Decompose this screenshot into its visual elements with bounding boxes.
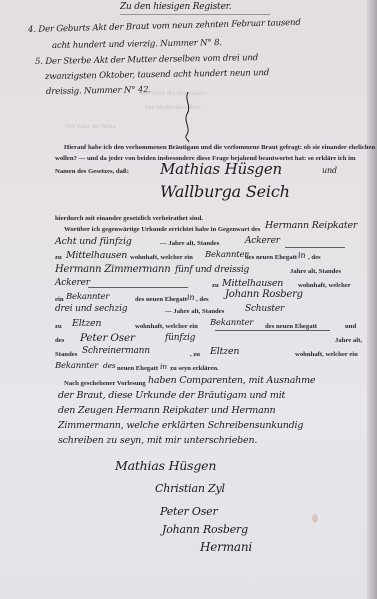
witness3-status: Schuster bbox=[245, 304, 284, 314]
witness2-residence: Mittelhausen bbox=[222, 278, 283, 289]
witness1-name: Hermann Reipkater bbox=[265, 220, 357, 231]
printed-years2: Jahre alt, Standes bbox=[290, 268, 341, 275]
page-edge-shadow bbox=[367, 0, 377, 599]
witness3-age: drei und sechzig bbox=[55, 304, 127, 314]
printed-des2: , des bbox=[196, 296, 209, 303]
printed-p4-line1: Nach geschehener Vorlesung bbox=[64, 380, 146, 387]
printed-des-neuen2: des neuen Ehegatt bbox=[135, 296, 187, 303]
printed-des3: des bbox=[55, 337, 64, 344]
groom-name: Mathias Hüsgen bbox=[160, 160, 282, 178]
printed-final: neuen Ehegatt bbox=[117, 365, 158, 372]
status2-underline bbox=[88, 287, 188, 288]
closing-line5: schreiben zu seyn, mit mir unterschriebe… bbox=[58, 435, 257, 446]
squiggle-mark bbox=[180, 92, 196, 142]
printed-des1: , des bbox=[308, 254, 321, 261]
printed-wohnhaft4: wohnhaft, welcher ein bbox=[295, 351, 358, 358]
printed-wohnhaft2: wohnhaft, welcher bbox=[298, 282, 351, 289]
witness4-suffix2: in bbox=[160, 362, 167, 371]
witness4-residence: Eltzen bbox=[210, 346, 239, 357]
witness3-relation: Bekannter bbox=[210, 318, 253, 328]
printed-p3-line1: Worüber ich gegenwärtige Urkunde erricht… bbox=[64, 226, 260, 233]
margin-note-5-line2: zwanzigsten Oktober, tausend acht hunder… bbox=[45, 68, 269, 82]
margin-note-4-line1: 4. Der Geburts Akt der Braut vom neun ze… bbox=[28, 18, 301, 35]
witness1-relation: Bekannter bbox=[205, 250, 248, 260]
witness2-relation: Bekannter bbox=[66, 292, 109, 302]
printed-years3: — Jahre alt, Standes bbox=[165, 308, 224, 315]
witness4-relation: Bekannter bbox=[55, 361, 98, 371]
printed-standes: Standes bbox=[55, 351, 77, 358]
witness2-age: fünf und dreissig bbox=[175, 265, 249, 275]
printed-zu2: zu bbox=[212, 282, 219, 289]
margin-note-5-line3: dreissig. Nummer N° 42. bbox=[46, 85, 151, 97]
witness1-age: Acht und fünfzig bbox=[55, 236, 132, 247]
und-connector: und bbox=[322, 166, 337, 175]
margin-note-5-line1: 5. Der Sterbe Akt der Mutter derselben v… bbox=[35, 53, 258, 67]
witness4-suffix1: des bbox=[103, 361, 116, 370]
printed-final2: zu seyn erklären. bbox=[170, 365, 219, 372]
closing-line2: der Braut, diese Urkunde der Bräutigam u… bbox=[58, 390, 285, 401]
witness2-status: Ackerer bbox=[55, 278, 90, 288]
witness1-suffix: in bbox=[298, 251, 305, 260]
status1-underline bbox=[285, 247, 345, 248]
printed-p1-line1: Hierauf habe ich den verhommenen Bräutig… bbox=[64, 144, 375, 151]
witness4-status: Schreinermann bbox=[82, 346, 150, 356]
bleedthrough-line-1: Der Vater des Bräutigams bbox=[140, 90, 207, 97]
witness4-name: Peter Oser bbox=[80, 332, 135, 344]
witness1-residence: Mittelhausen bbox=[66, 250, 127, 261]
margin-heading: Zu den hiesigen Register. bbox=[120, 2, 231, 12]
closing-line3: den Zeugen Hermann Reipkater und Hermann bbox=[58, 405, 275, 416]
printed-des-neuen3: des neuen Ehegatt bbox=[265, 323, 317, 330]
printed-wohnhaft1: wohnhaft, welcher ein bbox=[130, 254, 193, 261]
witness3-residence: Eltzen bbox=[72, 318, 101, 329]
bleedthrough-line-3: Der Vater der Braut bbox=[65, 123, 116, 130]
document-page: Zu den hiesigen Register. 4. Der Geburts… bbox=[0, 0, 377, 599]
signature-5: Hermani bbox=[200, 540, 252, 554]
printed-ein: ein bbox=[55, 296, 64, 303]
printed-p2-line1: hierdurch mit einander gesetzlich verhei… bbox=[55, 215, 203, 222]
witness2-name: Hermann Zimmermann bbox=[55, 264, 170, 275]
printed-p1-line3: Namen des Gesetzes, daß: bbox=[55, 168, 129, 175]
printed-years1: — Jahre alt, Standes bbox=[160, 240, 219, 247]
witness4-age: fünfzig bbox=[165, 333, 195, 343]
printed-zu3: zu bbox=[55, 323, 62, 330]
printed-zu1: zu bbox=[55, 254, 62, 261]
closing-line1: haben Comparenten, mit Ausnahme bbox=[148, 375, 315, 386]
printed-years4: Jahre alt, bbox=[335, 337, 362, 344]
witness3-name: Johann Rosberg bbox=[225, 289, 303, 300]
printed-des-neuen1: des neuen Ehegatt bbox=[245, 254, 297, 261]
ink-stain bbox=[312, 514, 318, 523]
printed-wohnhaft3: wohnhaft, welcher ein bbox=[135, 323, 198, 330]
printed-zu4: , zu bbox=[190, 351, 200, 358]
margin-note-4-line2: acht hundert und vierzig. Nummer N° 8. bbox=[52, 38, 222, 51]
witness2-suffix: in bbox=[187, 293, 194, 302]
bride-name: Wallburga Seich bbox=[160, 182, 290, 201]
signature-groom: Mathias Hüsgen bbox=[115, 458, 216, 473]
signature-4: Johann Rosberg bbox=[162, 523, 248, 536]
witness1-status: Ackerer bbox=[245, 236, 280, 246]
printed-und: und bbox=[345, 323, 356, 330]
age4-underline bbox=[215, 330, 330, 331]
signature-3: Peter Oser bbox=[160, 505, 218, 518]
heading-underline bbox=[120, 14, 270, 15]
signature-2: Christian Zyl bbox=[155, 482, 225, 495]
closing-line4: Zimmermann, welche erklärten Schreibensu… bbox=[58, 420, 303, 431]
